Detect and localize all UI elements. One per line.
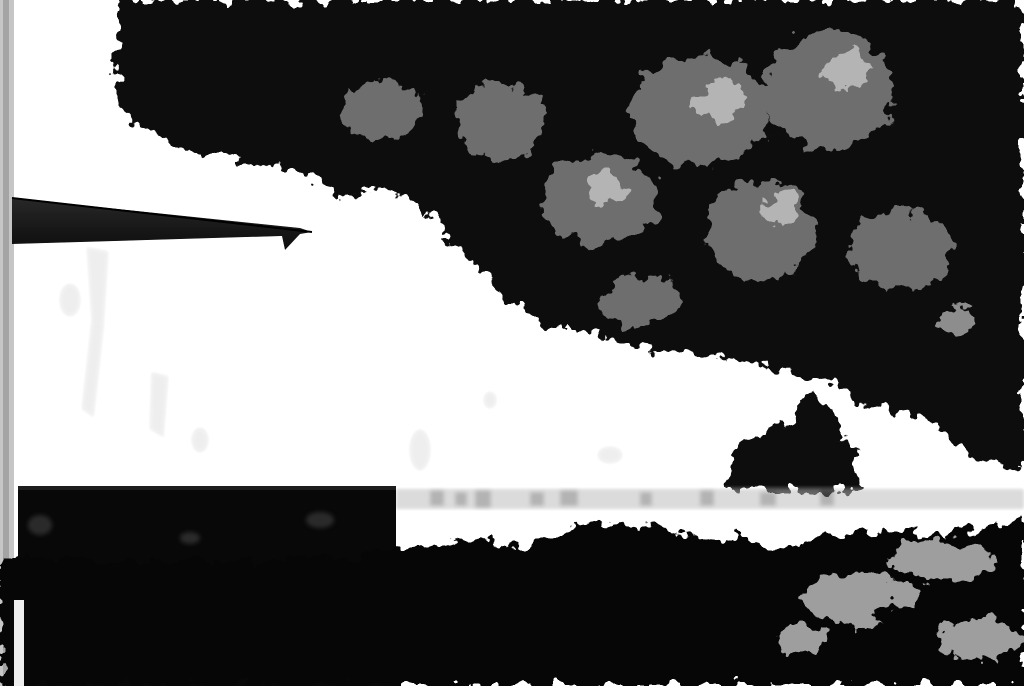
- photo-canvas: [0, 0, 1024, 686]
- photograph: Black-and-white photograph of a whitewas…: [0, 0, 1024, 686]
- stone-coping: [395, 488, 1024, 510]
